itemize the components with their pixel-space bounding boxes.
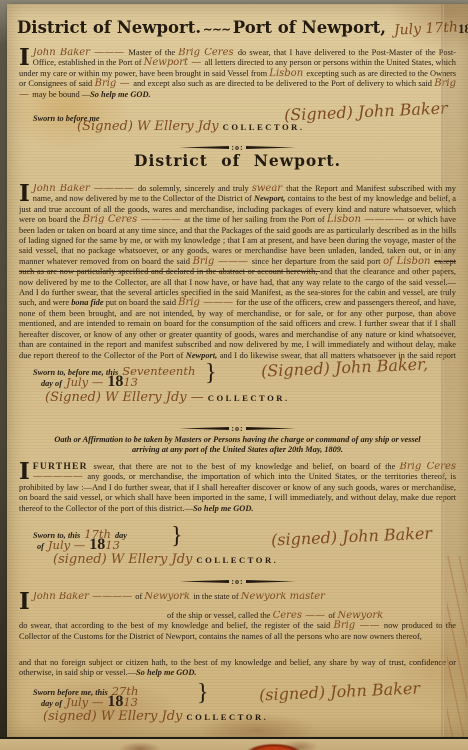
collector-signature: (signed) W Ellery Jdy: [43, 709, 182, 724]
collector-title: COLLECTOR.: [186, 712, 268, 722]
underlying-page-edge: [0, 737, 468, 750]
manifest-oath-paragraph: IJohn Baker ———— do solemnly, sincerely …: [19, 184, 456, 361]
collector-signature: (Signed) W Ellery Jdy —: [45, 390, 204, 405]
handwritten-month: July —: [66, 375, 103, 389]
divider-bar-icon: [179, 146, 229, 149]
collector-signature: (Signed) W Ellery Jdy: [77, 119, 219, 134]
edge-handwriting-marks: [447, 556, 467, 738]
collector-signature: (signed) W Ellery Jdy: [53, 552, 192, 567]
document-header: District of Newport. ∼∼∼ Port of Newport…: [17, 18, 458, 37]
divider-bar-icon: [179, 427, 229, 430]
divider-bar-icon: [179, 580, 229, 583]
title-separator-ornament: ∼∼∼: [203, 23, 231, 36]
sworn-block-3: Sworn to, this 17th day of July — 1813 }…: [19, 525, 456, 575]
brace-glyph: }: [197, 680, 209, 707]
master-signature: (signed) John Baker: [271, 523, 433, 549]
divider-bar-icon: [246, 580, 296, 583]
section-divider: :o:: [7, 424, 468, 433]
register-oath-paragraph: IJohn Baker ———— of Newyork in the state…: [19, 592, 456, 656]
document-photo: District of Newport. ∼∼∼ Port of Newport…: [0, 0, 468, 750]
district-title: District of Newport.: [17, 18, 201, 37]
section2-heading: District of Newport.: [7, 151, 468, 170]
sworn-block-4: Sworn before me, this 27th day of July —…: [19, 682, 456, 732]
year-handwritten: 13: [123, 375, 138, 389]
collector-signature-line: (signed) W Ellery Jdy COLLECTOR.: [53, 550, 278, 568]
attest-text: of: [37, 542, 44, 551]
section-divider: :o:: [7, 577, 468, 586]
register-oath-line1: IJohn Baker ———— of Newyork in the state…: [19, 592, 456, 611]
collector-title: COLLECTOR.: [196, 555, 278, 565]
divider-bar-icon: [246, 427, 296, 430]
brace-glyph: }: [205, 360, 217, 387]
master-signature: (signed) John Baker: [259, 678, 421, 704]
sworn-block-2: Sworn to, before me, this Seventeenth da…: [19, 362, 456, 418]
collector-signature-line: (Signed) W Ellery Jdy — COLLECTOR.: [45, 388, 290, 406]
collector-signature-line: (signed) W Ellery Jdy COLLECTOR.: [43, 707, 268, 725]
port-title: Port of Newport,: [233, 18, 386, 37]
register-oath-body: do swear, that according to the best of …: [19, 621, 456, 642]
further-oath-paragraph: IFURTHER swear, that there are not to th…: [19, 462, 456, 524]
collector-title: COLLECTOR.: [208, 393, 290, 403]
wax-seal-icon: [235, 741, 313, 750]
divider-bar-icon: [246, 146, 296, 149]
customs-form-page: District of Newport. ∼∼∼ Port of Newport…: [7, 4, 468, 737]
collector-signature-line: (Signed) W Ellery Jdy COLLECTOR.: [77, 117, 305, 135]
attest-text: day of: [41, 379, 62, 388]
oath-affirmation-heading: Oath or Affirmation to be taken by Maste…: [41, 435, 434, 455]
sworn-block-1: Sworn to before me (Signed) W Ellery Jdy…: [19, 108, 456, 146]
divider-ornament-icon: :o:: [231, 577, 243, 586]
register-oath-line2: of the ship or vessel, called the Ceres …: [19, 611, 456, 621]
foreign-subject-paragraph: and that no foreign subject or citizen h…: [19, 658, 456, 680]
brace-glyph: }: [171, 523, 183, 550]
divider-ornament-icon: :o:: [231, 424, 243, 433]
